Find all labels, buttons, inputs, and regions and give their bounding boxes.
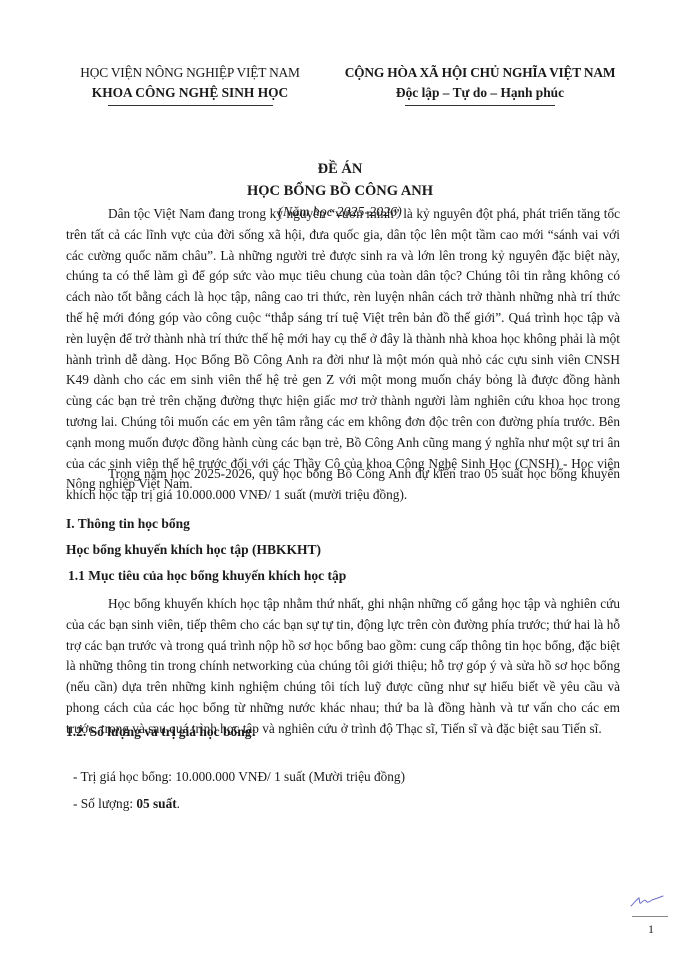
- footer-rule: [632, 916, 668, 917]
- institution-header: HỌC VIỆN NÔNG NGHIỆP VIỆT NAM KHOA CÔNG …: [60, 63, 320, 106]
- quantity-label: - Số lượng:: [73, 796, 136, 811]
- section-1-heading: I. Thông tin học bổng: [66, 514, 190, 534]
- section-1-1-paragraph: Học bổng khuyến khích học tập nhằm thứ n…: [66, 594, 620, 740]
- section-1-1-heading: 1.1 Mục tiêu của học bổng khuyến khích h…: [68, 566, 346, 586]
- national-header: CỘNG HÒA XÃ HỘI CHỦ NGHĨA VIỆT NAM Độc l…: [325, 63, 635, 106]
- title-line-2: HỌC BỔNG BỒ CÔNG ANH: [0, 180, 680, 202]
- country-name: CỘNG HÒA XÃ HỘI CHỦ NGHĨA VIỆT NAM: [325, 63, 635, 83]
- national-motto: Độc lập – Tự do – Hạnh phúc: [325, 83, 635, 103]
- quantity-suffix: .: [177, 796, 180, 811]
- intro-paragraph-1: Dân tộc Việt Nam đang trong kỷ nguyên “v…: [66, 204, 620, 495]
- header-right-underline: [405, 105, 555, 106]
- section-1-2-heading: 1.2. Số lượng và trị giá học bổng:: [66, 722, 256, 742]
- document-page: HỌC VIỆN NÔNG NGHIỆP VIỆT NAM KHOA CÔNG …: [0, 0, 680, 962]
- academy-name: HỌC VIỆN NÔNG NGHIỆP VIỆT NAM: [60, 63, 320, 83]
- section-1-subheading: Học bổng khuyến khích học tập (HBKKHT): [66, 540, 321, 560]
- intro-paragraph-2: Trong năm học 2025-2026, quỹ học bổng Bồ…: [66, 464, 620, 506]
- initials-signature-icon: [630, 895, 664, 907]
- quantity-value: 05 suất: [136, 796, 176, 811]
- faculty-name: KHOA CÔNG NGHỆ SINH HỌC: [60, 83, 320, 103]
- scholarship-value-item: - Trị giá học bổng: 10.000.000 VNĐ/ 1 su…: [73, 767, 405, 787]
- title-line-1: ĐỀ ÁN: [0, 158, 680, 180]
- scholarship-quantity-item: - Số lượng: 05 suất.: [73, 794, 180, 814]
- header-left-underline: [108, 105, 273, 106]
- page-number: 1: [644, 922, 658, 936]
